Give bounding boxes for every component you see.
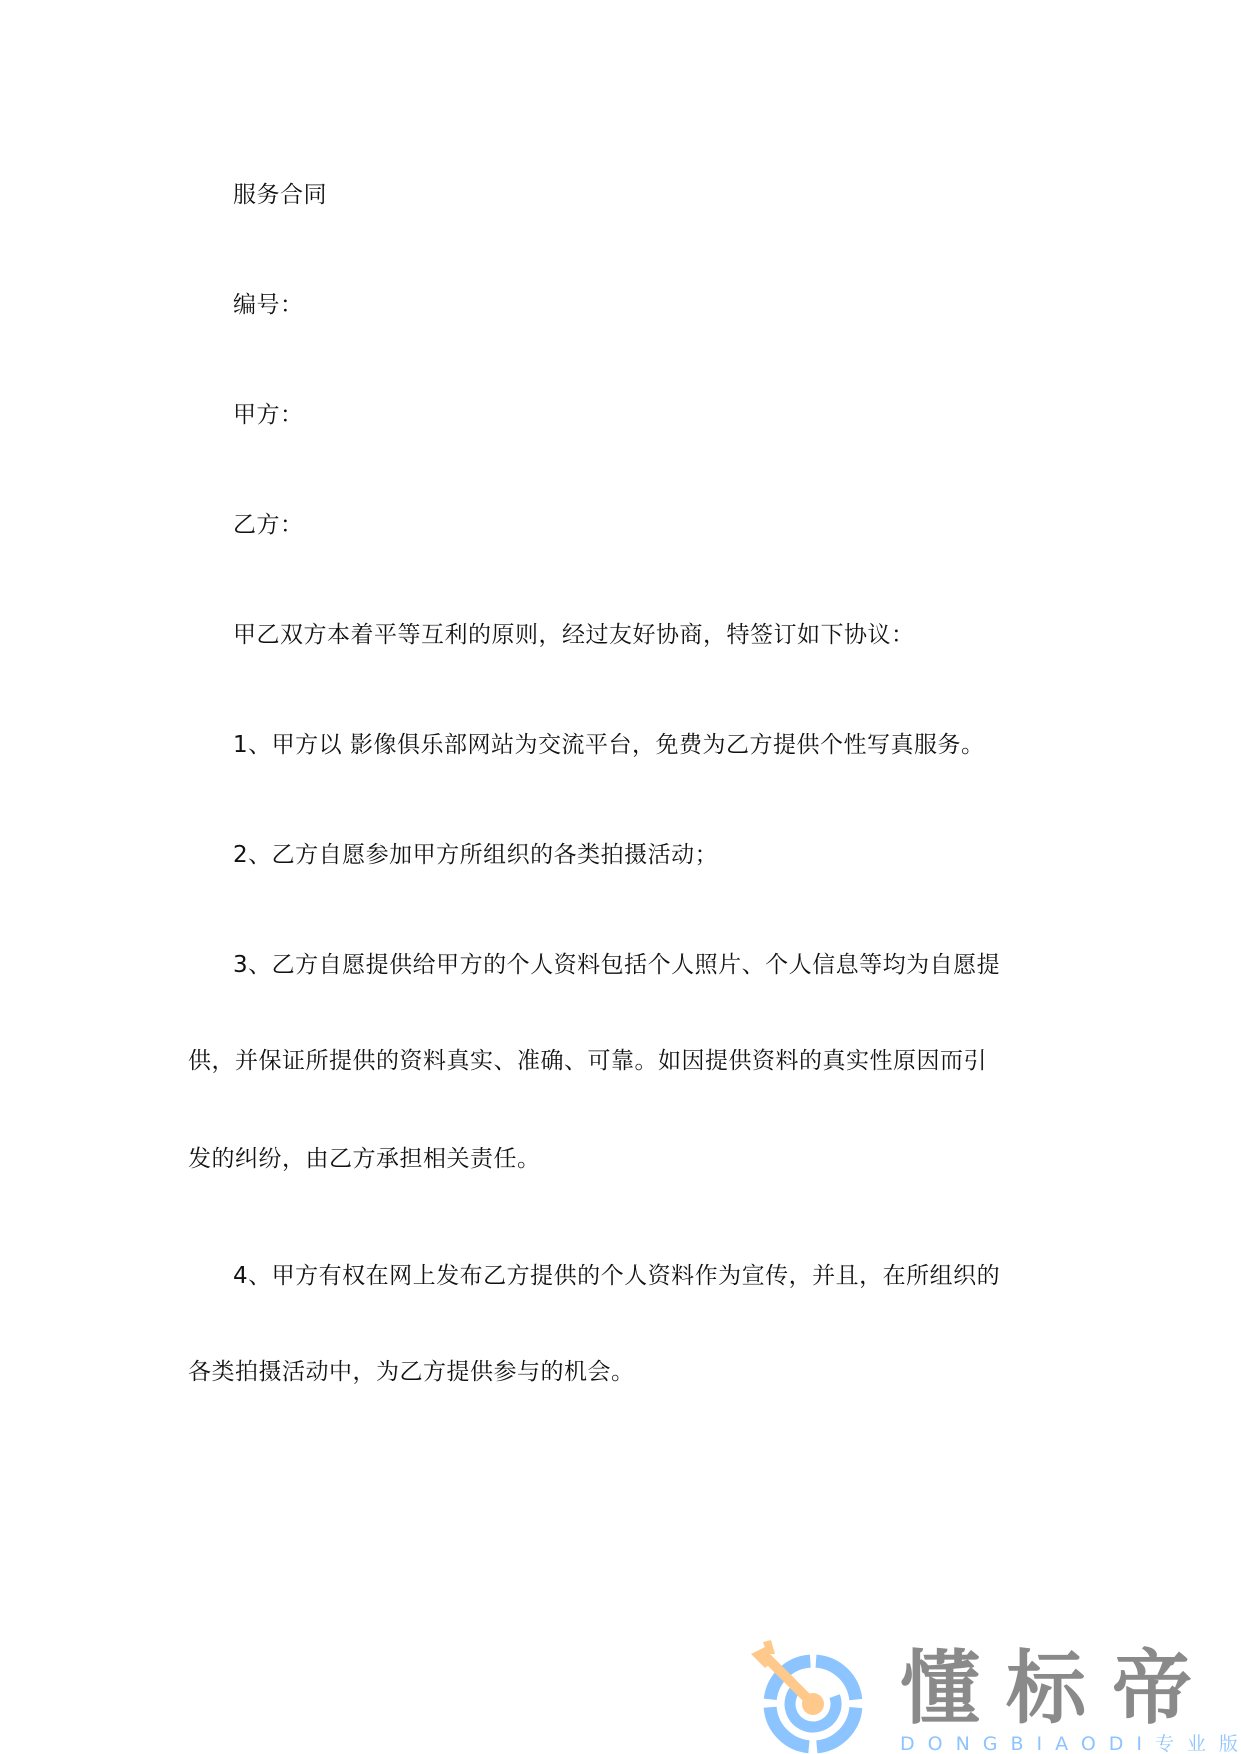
party-a-label: 甲方： xyxy=(233,401,304,429)
brand-name: 懂标帝 xyxy=(900,1644,1218,1734)
preamble-paragraph: 甲乙双方本着平等互利的原则，经过友好协商，特签订如下协议： xyxy=(233,621,915,649)
document-page: 服务合同 编号： 甲方： 乙方： 甲乙双方本着平等互利的原则，经过友好协商，特签… xyxy=(0,0,1241,1754)
brand-watermark: 懂标帝 DONGBIAODI专业版 xyxy=(745,1640,1225,1754)
clause-1-line-1: 1、甲方以 影像俱乐部网站为交流平台，免费为乙方提供个性写真服务。 xyxy=(233,731,984,759)
clause-2-line-1: 2、乙方自愿参加甲方所组织的各类拍摄活动； xyxy=(233,841,718,869)
party-b-label: 乙方： xyxy=(233,511,304,539)
clause-3-line-3: 发的纠纷，由乙方承担相关责任。 xyxy=(188,1145,541,1173)
document-title: 服务合同 xyxy=(233,181,327,209)
brand-subtitle: DONGBIAODI专业版 xyxy=(900,1734,1241,1754)
target-arrow-icon xyxy=(745,1640,870,1754)
clause-4-line-2: 各类拍摄活动中，为乙方提供参与的机会。 xyxy=(188,1358,635,1386)
clause-3-line-1: 3、乙方自愿提供给甲方的个人资料包括个人照片、个人信息等均为自愿提 xyxy=(233,951,1000,979)
contract-number-label: 编号： xyxy=(233,291,304,319)
clause-4-line-1: 4、甲方有权在网上发布乙方提供的个人资料作为宣传，并且，在所组织的 xyxy=(233,1262,1000,1290)
clause-3-line-2: 供，并保证所提供的资料真实、准确、可靠。如因提供资料的真实性原因而引 xyxy=(188,1047,987,1075)
